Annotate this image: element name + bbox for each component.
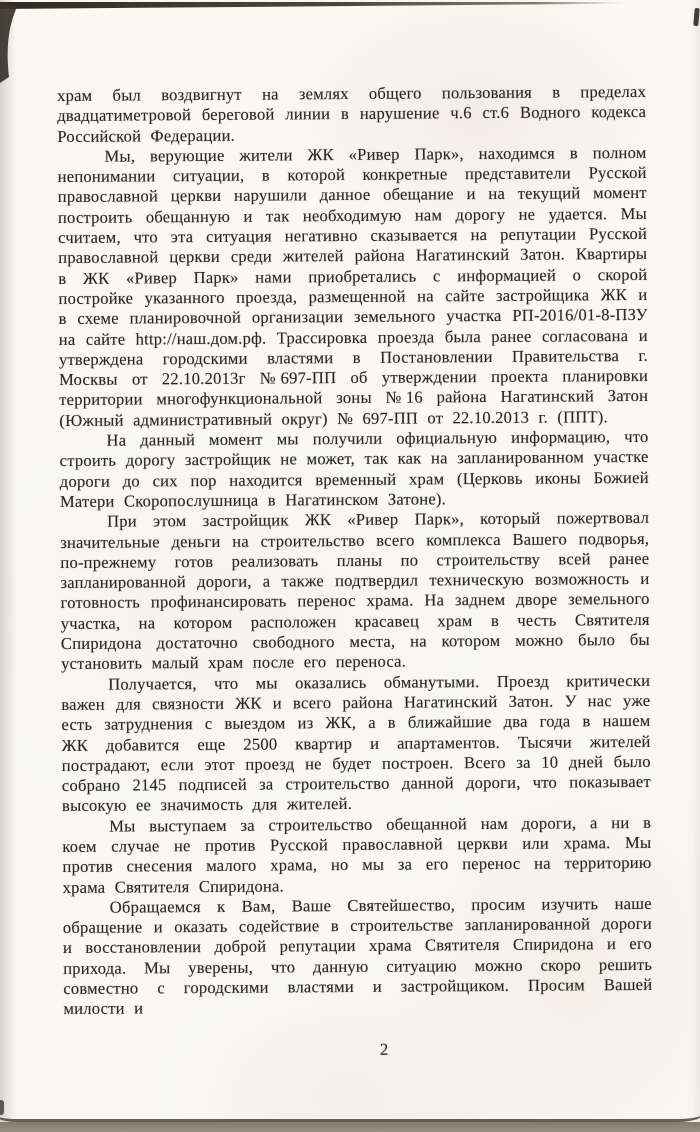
paragraph-continuation: храм был воздвигнут на землях общего пол… (57, 82, 646, 147)
scan-corner-fold-mark (0, 3, 22, 85)
paragraph: Мы, верующие жители ЖК «Ривер Парк», нах… (57, 143, 648, 431)
paragraph: Обращаемся к Вам, Ваше Святейшество, про… (63, 894, 653, 1020)
paper-bottom-edge (0, 1109, 700, 1122)
paragraph: Получается, что мы оказались обманутыми.… (61, 670, 651, 816)
paragraph: На данный момент мы получили официальную… (59, 427, 649, 512)
paragraph: При этом застройщик ЖК «Ривер Парк», кот… (60, 508, 650, 674)
scanned-page: храм был воздвигнут на землях общего пол… (0, 0, 700, 1132)
paragraph: Мы выступаем за строительство обещанной … (62, 813, 652, 898)
page-number: 2 (90, 1037, 679, 1061)
scanner-bottom-band (0, 1122, 700, 1132)
scan-top-edge-strip (0, 2, 624, 9)
scan-right-edge-tick (693, 8, 700, 26)
document-body: храм был воздвигнут на землях общего пол… (57, 82, 653, 1062)
